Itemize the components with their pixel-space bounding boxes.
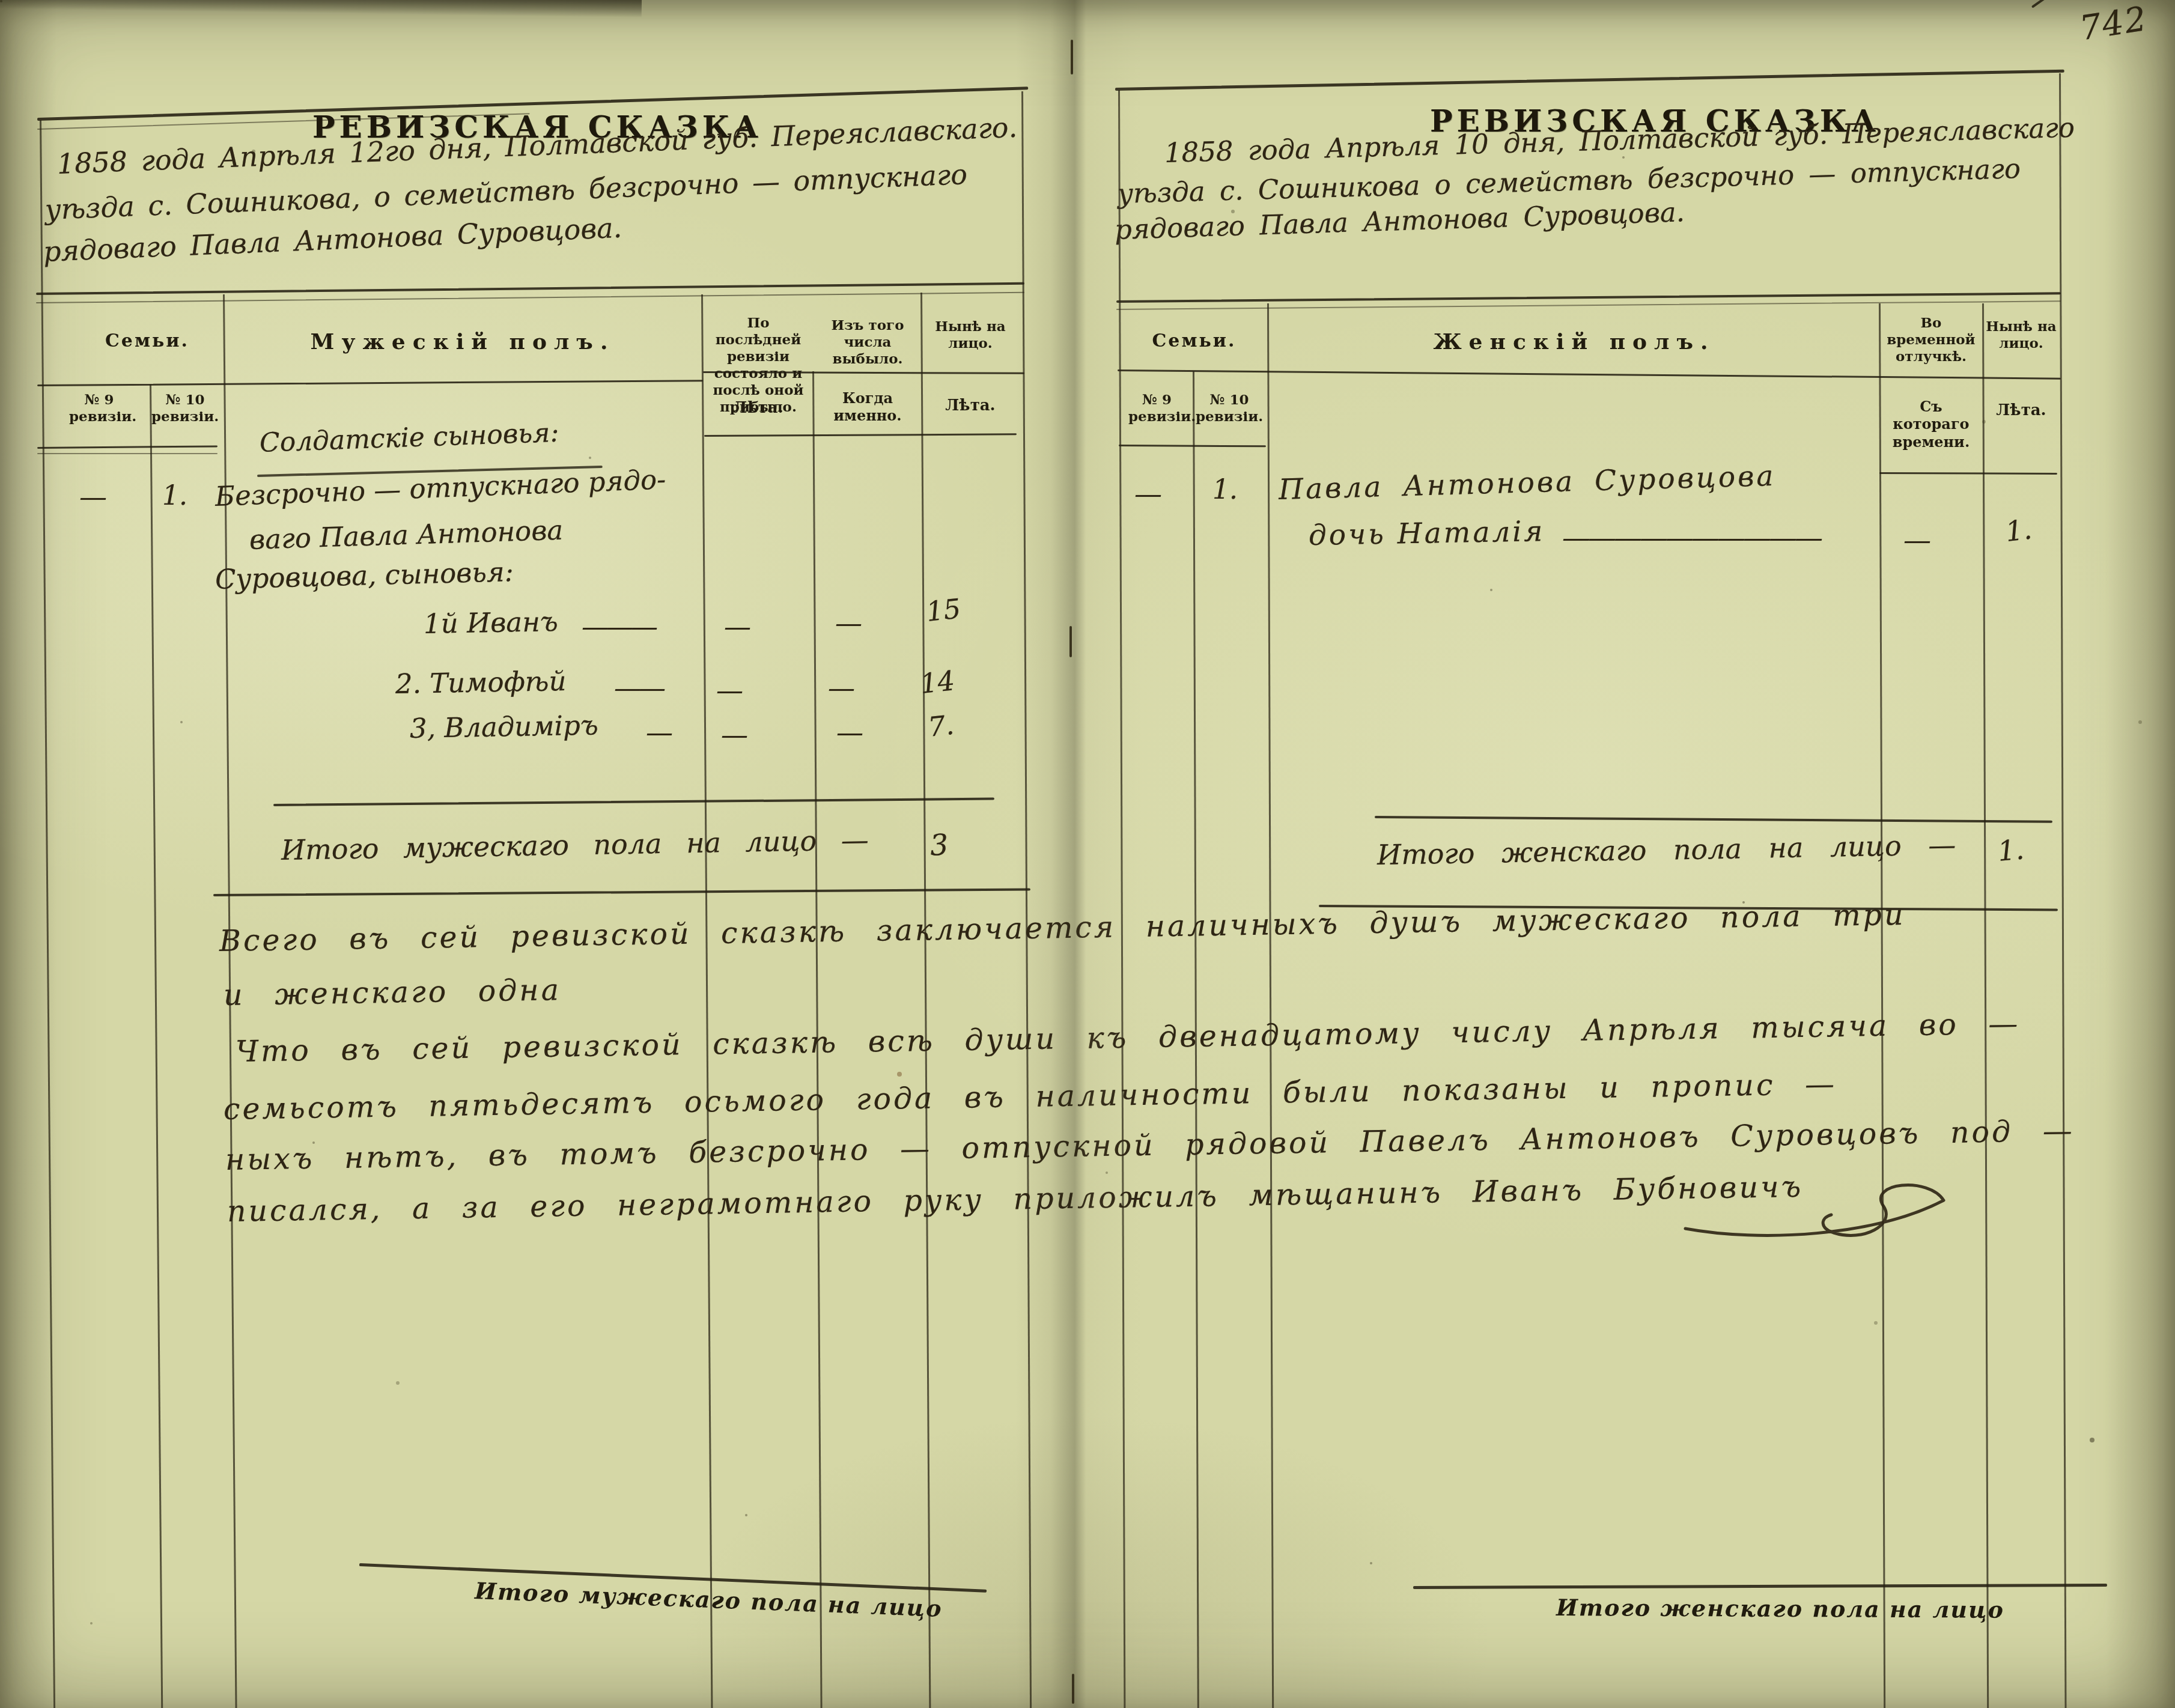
absence-dash: — [1903, 524, 1931, 556]
col-header-rev10: № 10 ревизіи. [151, 392, 219, 425]
female-footer-label: Итого женскаго пола на лицо [1556, 1594, 2004, 1623]
table-top-rule-echo [1116, 300, 2061, 310]
revision-list-spread: 742 РЕВИЗСКАЯ СКАЗКА 1858 года Апрѣля 12… [0, 0, 2175, 1708]
member-name: 1й Иванъ [424, 606, 559, 640]
entry-line: ваго Павла Антонова [249, 514, 564, 556]
binding-stitch [1069, 626, 1072, 657]
binding-stitch [1072, 1674, 1074, 1704]
pen-stroke-mark [2031, 0, 2068, 8]
subheader-underline [704, 433, 1017, 437]
affidavit-line: Всего въ сей ревизской сказкѣ заключаетс… [219, 898, 1906, 958]
col-header-family: Семьи. [78, 330, 216, 353]
signature-flourish [1676, 1172, 1965, 1256]
affidavit-line: ныхъ нѣтъ, въ томъ безсрочно — отпускной… [225, 1114, 2075, 1177]
affidavit-line: Что въ сей ревизской сказкѣ всѣ души къ … [236, 1006, 2021, 1069]
col-header-since-when: Съ котораго времени. [1882, 398, 1980, 451]
col-header-rev9: № 9 ревизіи. [69, 392, 129, 425]
member-lastrev-dash: — [716, 674, 743, 706]
member-name-trail-dash: ——— [582, 610, 656, 642]
rev9-mark: — [1134, 478, 1162, 510]
header-box-top-rule [1115, 70, 2064, 91]
page-number: 742 [2077, 0, 2150, 49]
column-divider-family-text [1267, 303, 1274, 1708]
col-header-years-now: Лѣта. [1986, 401, 2057, 421]
table-left-border [40, 120, 55, 1708]
column-divider-text-absence [1879, 303, 1885, 1708]
affidavit-line: писался, а за его неграмотнаго руку прил… [227, 1170, 1804, 1229]
entry-line: Павла Антонова Суровцова [1278, 460, 1776, 506]
entry-trail-dash: —————————— [1562, 521, 1821, 555]
scan-dark-top-edge [0, 0, 642, 18]
column-divider-when-present [920, 293, 931, 1708]
male-footer-label: Итого мужескаго пола на лицо [474, 1577, 943, 1622]
member-departed-dash: — [828, 672, 855, 704]
member-lastrev-dash: — [721, 719, 748, 750]
subheader-underline [37, 445, 218, 449]
col-header-rev9: № 9 ревизіи. [1128, 392, 1185, 425]
col-header-departed: Изъ того числа выбыло. [817, 317, 918, 368]
col-header-years-last: Лѣта. [707, 399, 810, 418]
rev10-number: 1. [162, 481, 187, 511]
col-header-female-sex: Женскій полъ. [1274, 329, 1875, 356]
table-top-rule [1116, 292, 2061, 303]
col-header-male-sex: Мужескій полъ. [228, 329, 697, 356]
member-departed-dash: — [836, 716, 863, 748]
subheader-underline [1879, 472, 2057, 475]
column-divider-text-years [701, 294, 713, 1708]
member-age: 1. [2004, 513, 2033, 548]
binding-stitch [1071, 40, 1073, 74]
male-total-value: 3 [929, 828, 949, 863]
total-row-top-rule [1375, 816, 2052, 823]
col-header-family: Семьи. [1130, 330, 1259, 353]
entry-line: Суровцова, сыновья: [214, 556, 514, 595]
female-total-label: Итого женскаго пола на лицо — [1377, 828, 1956, 871]
member-name: 2. Тимофѣй [395, 665, 567, 700]
member-departed-dash: — [835, 607, 862, 639]
column-divider-rev9-rev10 [150, 384, 163, 1708]
table-right-border [1021, 91, 1032, 1708]
section-heading: Солдатскіе сыновья: [259, 418, 559, 458]
member-age: 15 [925, 592, 962, 628]
table-left-border [1118, 90, 1125, 1708]
member-age: 14 [919, 664, 956, 700]
header-row-divider [1118, 369, 2061, 380]
header-row-divider [37, 380, 703, 386]
col-header-rev10: № 10 ревизіи. [1196, 392, 1263, 425]
paper-specks [0, 0, 2, 2]
col-header-now-present: Нынѣ на лицо. [1986, 318, 2057, 352]
table-right-border [2059, 73, 2066, 1708]
female-total-value: 1. [1997, 833, 2025, 868]
col-header-when-exactly: Когда именно. [817, 389, 918, 425]
member-age: 7. [926, 709, 955, 743]
member-name-trail-dash: —— [614, 672, 663, 704]
member-name-trail-dash: — [646, 716, 673, 748]
affidavit-line: и женскаго одна [224, 973, 562, 1012]
affidavit-line: семьсотъ пятьдесятъ осьмого года въ нали… [224, 1067, 1837, 1126]
col-header-now-present: Нынѣ на лицо. [925, 318, 1015, 352]
col-header-temporary-absence: Во временной отлучкѣ. [1882, 315, 1980, 365]
male-total-label: Итого мужескаго пола на лицо — [281, 824, 869, 866]
entry-line: дочь Наталія [1309, 515, 1545, 552]
rev9-mark: — [79, 481, 107, 513]
column-divider-absence-present [1982, 303, 1989, 1708]
col-header-years-now: Лѣта. [925, 397, 1015, 416]
rev10-number: 1. [1212, 475, 1238, 505]
member-lastrev-dash: — [724, 610, 751, 642]
total-row-top-rule [273, 798, 994, 806]
member-name: 3, Владиміръ [410, 710, 599, 744]
footer-rule [1413, 1584, 2107, 1589]
subheader-underline-echo [37, 453, 218, 454]
table-top-rule-echo [36, 292, 1024, 303]
total-row-bottom-rule [213, 889, 1030, 896]
